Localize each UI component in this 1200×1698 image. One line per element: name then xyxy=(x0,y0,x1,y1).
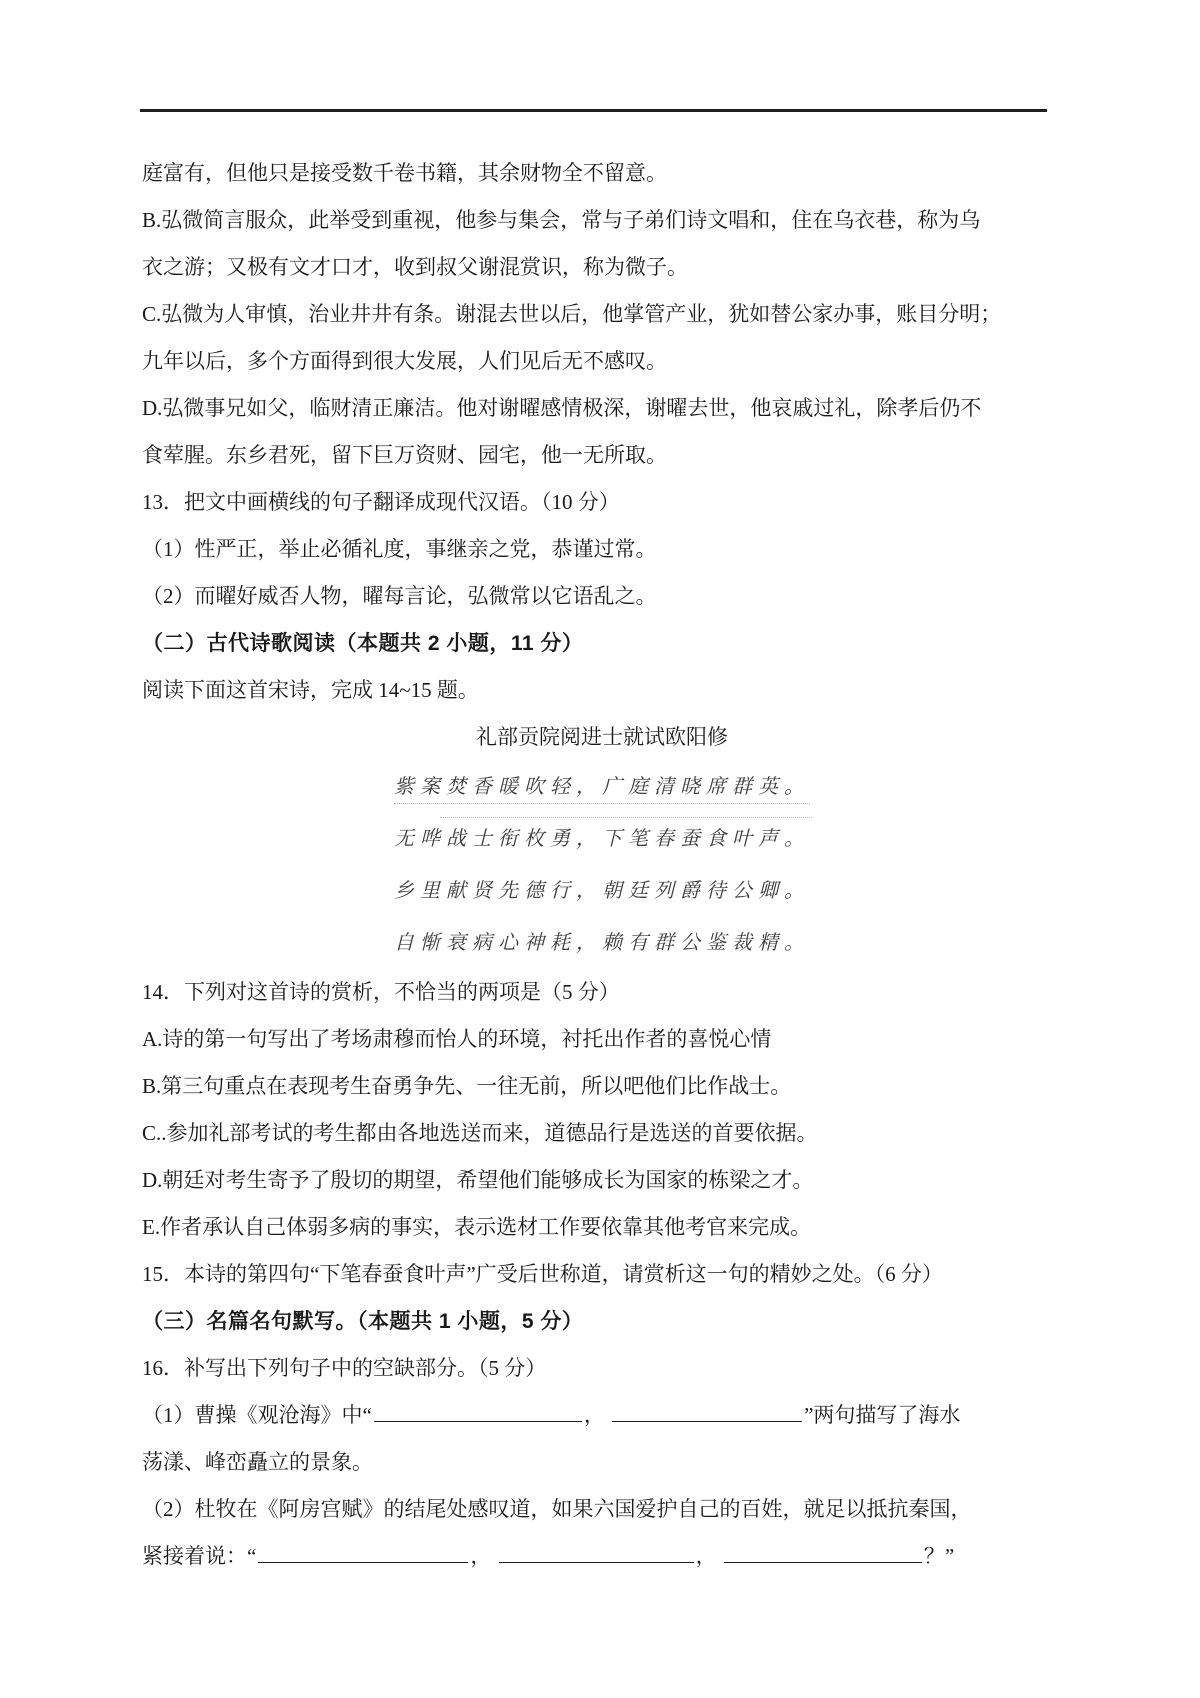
text-segment: 食荤腥。东乡君死，留下巨万资财、园宅，他一无所取。 xyxy=(142,443,667,467)
choice-c-line-1: C.弘微为人审慎，治业井井有条。谢混去世以后，他掌管产业，犹如替公家办事，账目分… xyxy=(142,291,1062,338)
poem-line-1: 紫案焚香暖吹轻，广庭清晓席群英。 xyxy=(142,761,1062,813)
section-2-heading: （二）古代诗歌阅读（本题共 2 小题，11 分） xyxy=(142,620,1062,667)
text-segment: ， xyxy=(584,1403,610,1427)
text-segment: B.第三句重点在表现考生奋勇争先、一往无前，所以吧他们比作战士。 xyxy=(142,1074,791,1098)
fill-in-blank xyxy=(499,1542,694,1563)
text-segment: （2）杜牧在《阿房宫赋》的结尾处感叹道，如果六国爱护自己的百姓，就足以抵抗秦国， xyxy=(142,1497,972,1521)
text-segment: 自惭衰病心神耗，赖有群公鉴裁精。 xyxy=(394,932,810,954)
text-segment: E.作者承认自己体弱多病的事实，表示选材工作要依靠其他考官来完成。 xyxy=(142,1215,811,1239)
fill-in-blank xyxy=(374,1401,582,1422)
text-segment: ？” xyxy=(924,1544,954,1568)
text-segment: 15．本诗的第四句“下笔春蚕食叶声”广受后世称道，请赏析这一句的精妙之处。（6 … xyxy=(142,1262,943,1286)
text-segment: （1）性严正，举止必循礼度，事继亲之党，恭谨过常。 xyxy=(142,537,657,561)
text-segment: 乡里献贤先德行，朝廷列爵待公卿。 xyxy=(394,880,810,902)
q14-choice-a: A.诗的第一句写出了考场肃穆而怡人的环境，衬托出作者的喜悦心情 xyxy=(142,1016,1062,1063)
text-segment: ， xyxy=(470,1544,496,1568)
text-segment: 衣之游；又极有文才口才，收到叔父谢混赏识，称为微子。 xyxy=(142,255,688,279)
text-segment: D.弘微事兄如父，临财清正廉洁。他对谢曜感情极深，谢曜去世，他哀戚过礼，除孝后仍… xyxy=(142,396,981,420)
text-segment: 庭富有，但他只是接受数千卷书籍，其余财物全不留意。 xyxy=(142,161,667,185)
text-segment: C..参加礼部考试的考生都由各地选送而来，道德品行是选送的首要依据。 xyxy=(142,1121,818,1145)
choice-b-line-1: B.弘微简言服众，此举受到重视，他参与集会，常与子弟们诗文唱和，住在乌衣巷，称为… xyxy=(142,197,1062,244)
text-segment: ”两句描写了海水 xyxy=(804,1403,960,1427)
section-3-heading: （三）名篇名句默写。（本题共 1 小题，5 分） xyxy=(142,1298,1062,1345)
choice-a-continuation: 庭富有，但他只是接受数千卷书籍，其余财物全不留意。 xyxy=(142,150,1062,197)
text-segment: （三）名篇名句默写。（本题共 1 小题，5 分） xyxy=(142,1310,583,1333)
text-segment: （1）曹操《观沧海》中“ xyxy=(142,1403,372,1427)
q14-choice-b: B.第三句重点在表现考生奋勇争先、一往无前，所以吧他们比作战士。 xyxy=(142,1063,1062,1110)
poem-title: 礼部贡院阅进士就试欧阳修 xyxy=(142,714,1062,761)
text-segment: 紫案焚香暖吹轻，广庭清晓席群英。 xyxy=(394,776,810,804)
q16-part-2-line-1: （2）杜牧在《阿房宫赋》的结尾处感叹道，如果六国爱护自己的百姓，就足以抵抗秦国， xyxy=(142,1486,1062,1533)
exam-page: 庭富有，但他只是接受数千卷书籍，其余财物全不留意。B.弘微简言服众，此举受到重视… xyxy=(0,0,1200,1698)
text-segment: C.弘微为人审慎，治业井井有条。谢混去世以后，他掌管产业，犹如替公家办事，账目分… xyxy=(142,302,1001,326)
question-13-part-2: （2）而曜好威否人物，曜每言论，弘微常以它语乱之。 xyxy=(142,573,1062,620)
choice-d-line-1: D.弘微事兄如父，临财清正廉洁。他对谢曜感情极深，谢曜去世，他哀戚过礼，除孝后仍… xyxy=(142,385,1062,432)
q16-part-1-line-1: （1）曹操《观沧海》中“， ”两句描写了海水 xyxy=(142,1392,1062,1439)
text-segment: 礼部贡院阅进士就试欧阳修 xyxy=(476,725,728,749)
text-segment: （二）古代诗歌阅读（本题共 2 小题，11 分） xyxy=(142,632,583,655)
fill-in-blank xyxy=(724,1542,922,1563)
text-segment: ， xyxy=(696,1544,722,1568)
question-15: 15．本诗的第四句“下笔春蚕食叶声”广受后世称道，请赏析这一句的精妙之处。（6 … xyxy=(142,1251,1062,1298)
poem-intro: 阅读下面这首宋诗，完成 14~15 题。 xyxy=(142,667,1062,714)
choice-d-line-2: 食荤腥。东乡君死，留下巨万资财、园宅，他一无所取。 xyxy=(142,432,1062,479)
text-segment: 14．下列对这首诗的赏析，不恰当的两项是（5 分） xyxy=(142,980,620,1004)
text-segment: （2）而曜好威否人物，曜每言论，弘微常以它语乱之。 xyxy=(142,584,657,608)
text-segment: 阅读下面这首宋诗，完成 14~15 题。 xyxy=(142,678,479,702)
text-segment: 荡漾、峰峦矗立的景象。 xyxy=(142,1450,373,1474)
q16-part-2-line-2: 紧接着说：“， ， ？” xyxy=(142,1533,1062,1580)
text-segment: B.弘微简言服众，此举受到重视，他参与集会，常与子弟们诗文唱和，住在乌衣巷，称为… xyxy=(142,208,980,232)
fill-in-blank xyxy=(612,1401,802,1422)
poem-line-4: 自惭衰病心神耗，赖有群公鉴裁精。 xyxy=(142,917,1062,969)
fill-in-blank xyxy=(258,1542,468,1563)
text-segment: 13．把文中画横线的句子翻译成现代汉语。（10 分） xyxy=(142,490,620,514)
poem-line-3: 乡里献贤先德行，朝廷列爵待公卿。 xyxy=(142,865,1062,917)
q14-choice-d: D.朝廷对考生寄予了殷切的期望，希望他们能够成长为国家的栋梁之才。 xyxy=(142,1157,1062,1204)
text-segment: 16．补写出下列句子中的空缺部分。（5 分） xyxy=(142,1356,546,1380)
q14-choice-e: E.作者承认自己体弱多病的事实，表示选材工作要依靠其他考官来完成。 xyxy=(142,1204,1062,1251)
page-body: 庭富有，但他只是接受数千卷书籍，其余财物全不留意。B.弘微简言服众，此举受到重视… xyxy=(142,150,1062,1580)
top-rule xyxy=(140,109,1047,112)
text-segment: D.朝廷对考生寄予了殷切的期望，希望他们能够成长为国家的栋梁之才。 xyxy=(142,1168,813,1192)
text-segment: 九年以后，多个方面得到很大发展，人们见后无不感叹。 xyxy=(142,349,667,373)
choice-c-line-2: 九年以后，多个方面得到很大发展，人们见后无不感叹。 xyxy=(142,338,1062,385)
q14-choice-c: C..参加礼部考试的考生都由各地选送而来，道德品行是选送的首要依据。 xyxy=(142,1110,1062,1157)
text-segment: 紧接着说：“ xyxy=(142,1544,256,1568)
question-13: 13．把文中画横线的句子翻译成现代汉语。（10 分） xyxy=(142,479,1062,526)
choice-b-line-2: 衣之游；又极有文才口才，收到叔父谢混赏识，称为微子。 xyxy=(142,244,1062,291)
question-16: 16．补写出下列句子中的空缺部分。（5 分） xyxy=(142,1345,1062,1392)
dotted-rule xyxy=(440,817,812,818)
q16-part-1-line-2: 荡漾、峰峦矗立的景象。 xyxy=(142,1439,1062,1486)
question-14: 14．下列对这首诗的赏析，不恰当的两项是（5 分） xyxy=(142,969,1062,1016)
text-segment: 无哗战士衔枚勇，下笔春蚕食叶声。 xyxy=(394,828,810,850)
text-segment: A.诗的第一句写出了考场肃穆而怡人的环境，衬托出作者的喜悦心情 xyxy=(142,1027,771,1051)
question-13-part-1: （1）性严正，举止必循礼度，事继亲之党，恭谨过常。 xyxy=(142,526,1062,573)
poem-line-2: 无哗战士衔枚勇，下笔春蚕食叶声。 xyxy=(142,813,1062,865)
